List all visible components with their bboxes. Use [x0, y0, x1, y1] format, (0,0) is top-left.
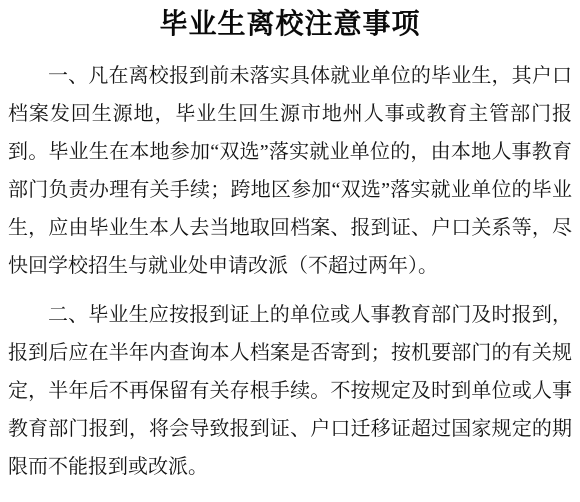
paragraph-leaving-procedures: 一、凡在离校报到前未落实具体就业单位的毕业生，其户口档案发回生源地，毕业生回生源…	[8, 57, 572, 285]
paragraph-registration-deadline: 二、毕业生应按报到证上的单位或人事教育部门及时报到，报到后应在半年内查询本人档案…	[8, 296, 572, 486]
document-page: 毕业生离校注意事项 一、凡在离校报到前未落实具体就业单位的毕业生，其户口档案发回…	[0, 0, 580, 502]
document-title: 毕业生离校注意事项	[8, 8, 572, 42]
